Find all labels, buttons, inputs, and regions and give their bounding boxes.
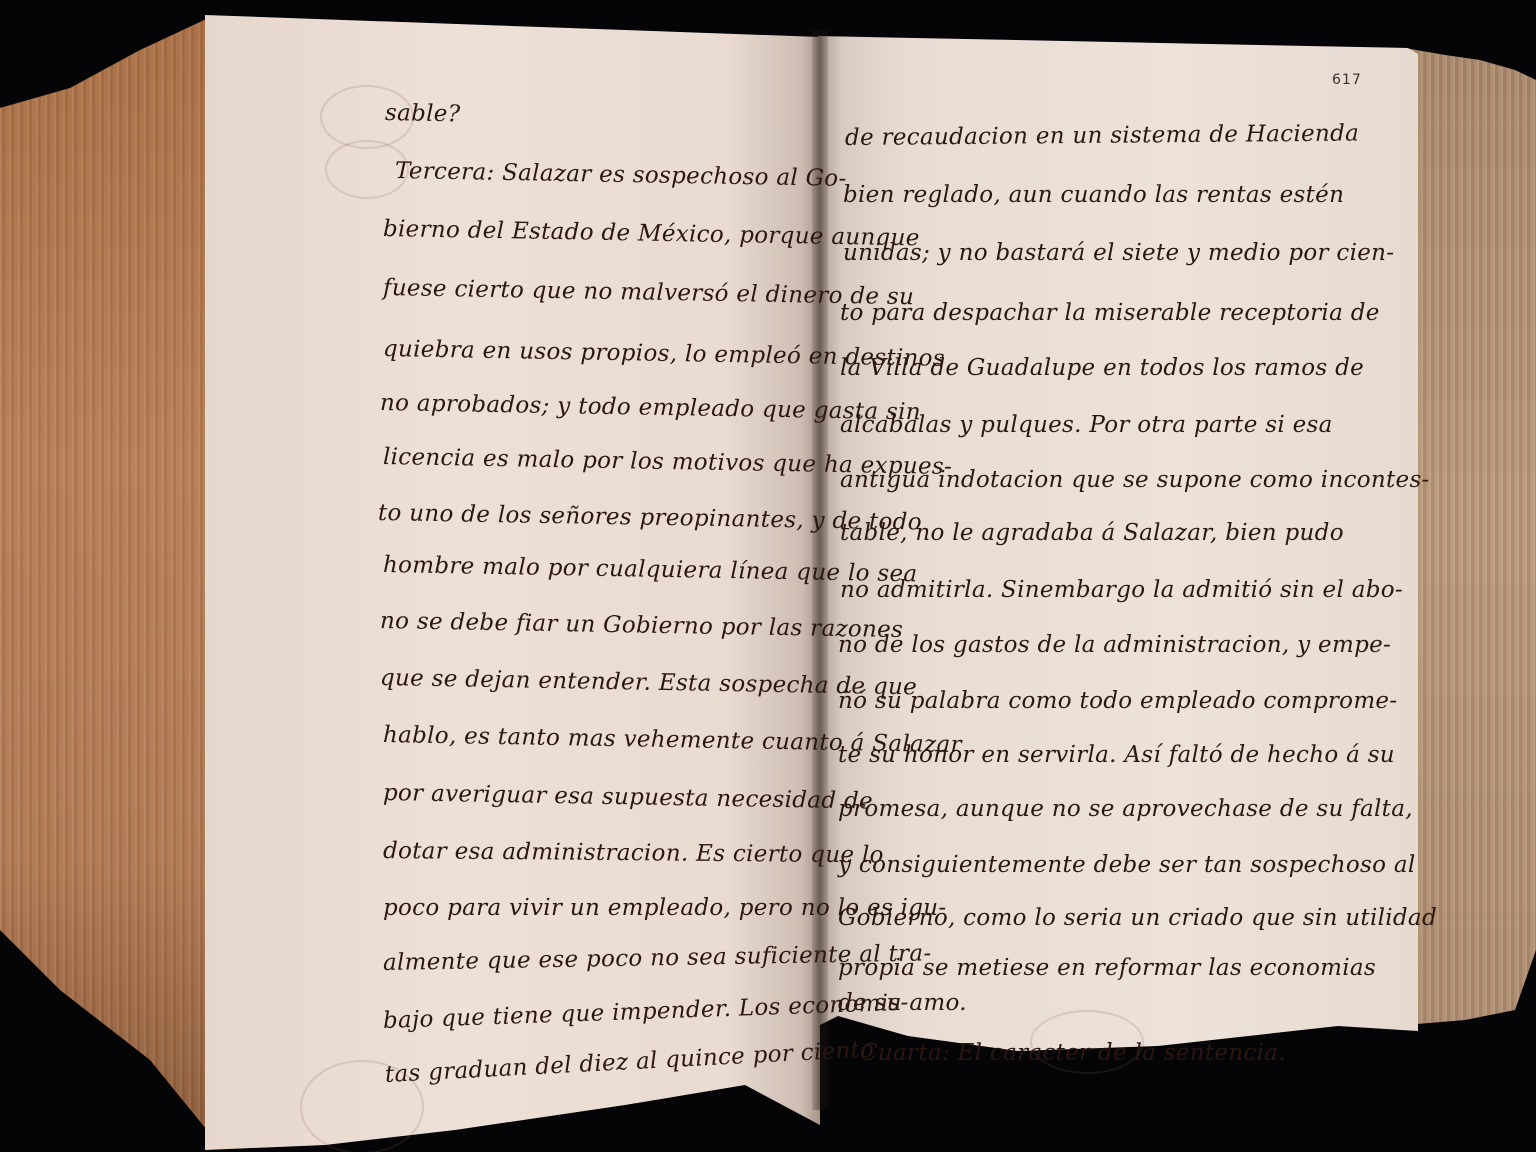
left-page-block-edge bbox=[0, 0, 215, 1152]
right-folio-number: 617 bbox=[1332, 72, 1362, 88]
manuscript-line: to para despachar la miserable receptori… bbox=[840, 300, 1380, 326]
manuscript-line: alcabalas y pulques. Por otra parte si e… bbox=[840, 412, 1333, 438]
manuscript-line: Cuarta: El caracter de la sentencia. bbox=[860, 1040, 1286, 1066]
manuscript-line: de su amo. bbox=[838, 990, 967, 1016]
manuscript-line: dotar esa administracion. Es cierto que … bbox=[383, 838, 884, 868]
manuscript-line: no de los gastos de la administracion, y… bbox=[838, 632, 1391, 658]
manuscript-line: antigua indotacion que se supone como in… bbox=[840, 467, 1430, 493]
manuscript-line: propia se metiese en reformar las econom… bbox=[838, 955, 1376, 981]
manuscript-line: table, no le agradaba á Salazar, bien pu… bbox=[840, 520, 1344, 546]
manuscript-line: unidas; y no bastará el siete y medio po… bbox=[843, 240, 1394, 266]
manuscript-line: bien reglado, aun cuando las rentas esté… bbox=[843, 182, 1344, 208]
manuscript-line: sable? bbox=[385, 100, 461, 127]
manuscript-line: te su honor en servirla. Así faltó de he… bbox=[838, 742, 1395, 768]
manuscript-line: ñó su palabra como todo empleado comprom… bbox=[838, 688, 1397, 714]
manuscript-line: la Villa de Guadalupe en todos los ramos… bbox=[840, 355, 1364, 381]
right-page-block-edge bbox=[1405, 0, 1536, 1152]
open-manuscript-book: 617 sable? Tercera: Salazar es sospechos… bbox=[0, 0, 1536, 1152]
manuscript-line: de recaudacion en un sistema de Hacienda bbox=[845, 121, 1359, 151]
manuscript-line: promesa, aunque no se aprovechase de su … bbox=[838, 796, 1413, 822]
manuscript-line: y consiguientemente debe ser tan sospech… bbox=[838, 852, 1416, 878]
manuscript-line: Gobierno, como lo seria un criado que si… bbox=[838, 905, 1437, 931]
manuscript-line: no admitirla. Sinembargo la admitió sin … bbox=[840, 577, 1403, 603]
